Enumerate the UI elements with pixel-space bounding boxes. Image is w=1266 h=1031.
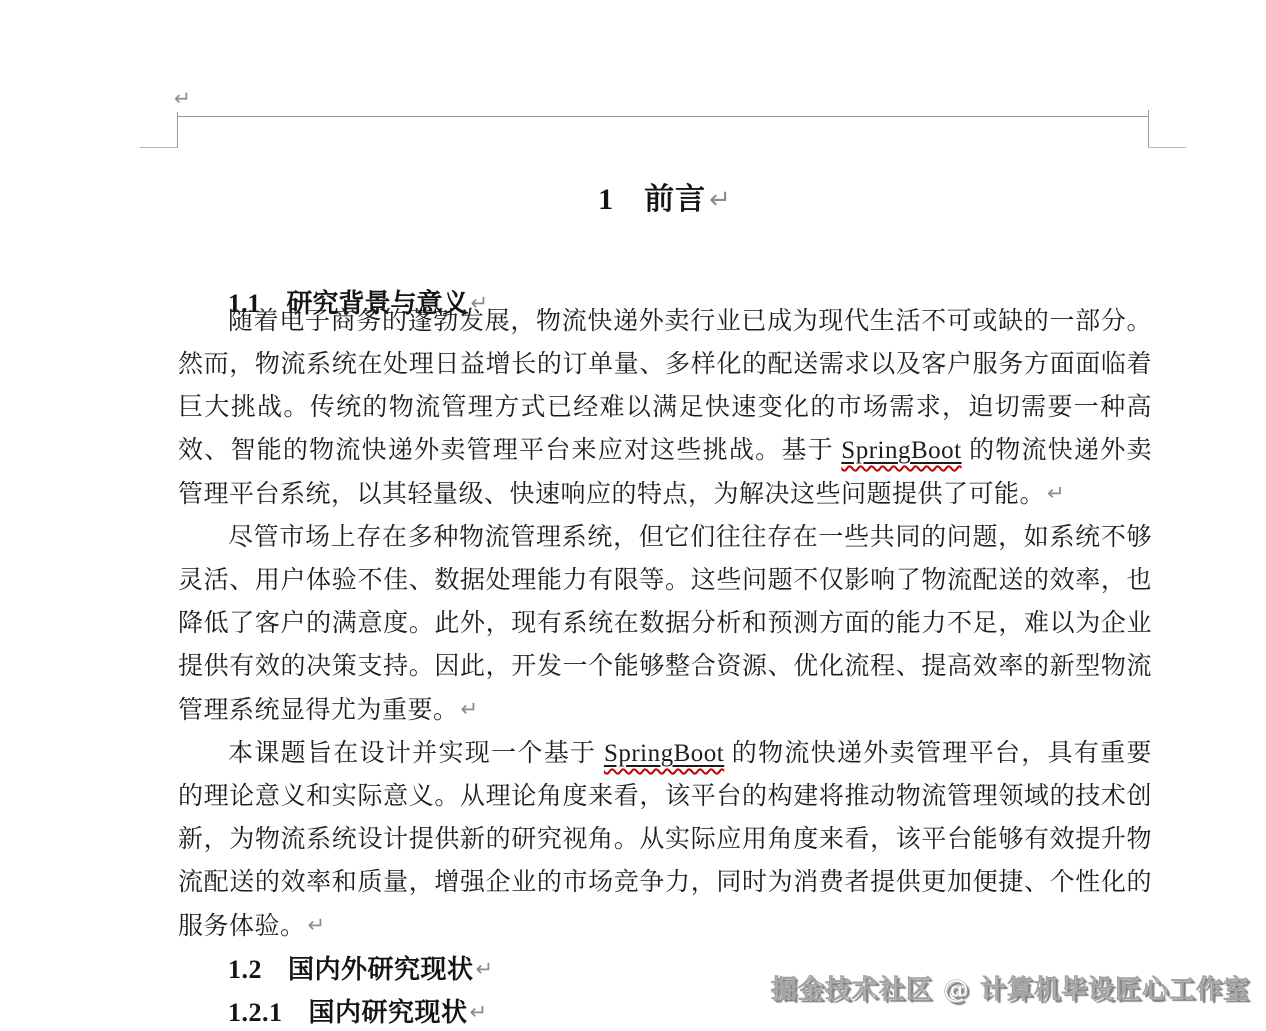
paragraph: 尽管市场上存在多种物流管理系统，但它们往往存在一些共同的问题，如系统不够灵活、用… [178,516,1152,732]
document-body: 1前言↵ 1.1研究背景与意义↵ 随着电子商务的蓬勃发展，物流快递外卖行业已成为… [178,0,1152,1031]
spellcheck-underline-text: SpringBoot [841,437,961,464]
heading-text: 国内外研究现状 [288,955,474,984]
heading-number: 1.2.1 [228,998,283,1027]
paragraph-mark-icon: ↵ [470,1000,488,1024]
paragraph-mark-icon: ↵ [1047,481,1065,505]
body-text-flow: 随着电子商务的蓬勃发展，物流快递外卖行业已成为现代生活不可或缺的一部分。然而，物… [178,300,1152,1031]
margin-tick-right [1148,147,1186,148]
spellcheck-underline-text: SpringBoot [604,740,724,767]
paragraph-mark-icon: ↵ [308,913,326,937]
paragraph-text: 随着电子商务的蓬勃发展，物流快递外卖行业已成为现代生活不可或缺的一部分。然而，物… [178,308,1152,508]
margin-tick-left [140,147,177,148]
word-document-page: { "page": { "paragraph_mark": "↵", "wate… [0,0,1266,1031]
heading-text: 国内研究现状 [309,998,468,1027]
paragraph: 随着电子商务的蓬勃发展，物流快递外卖行业已成为现代生活不可或缺的一部分。然而，物… [178,300,1152,516]
chapter-number: 1 [598,183,614,216]
term-underlined: SpringBoot [604,740,724,767]
paragraph-mark-icon: ↵ [461,697,479,721]
term-underlined: SpringBoot [841,437,961,464]
heading-number: 1.2 [228,955,262,984]
chapter-title: 1前言↵ [178,178,1152,222]
paragraph-mark-icon: ↵ [709,185,732,215]
paragraph-mark-icon: ↵ [476,957,494,981]
watermark: 掘金技术社区 @ 计算机毕设匠心工作室 [771,969,1250,1006]
text-segment: 尽管市场上存在多种物流管理系统，但它们往往存在一些共同的问题，如系统不够灵活、用… [178,524,1152,724]
text-segment: 本课题旨在设计并实现一个基于 [228,740,604,767]
chapter-title-text: 前言 [644,183,706,216]
paragraph-text: 本课题旨在设计并实现一个基于 SpringBoot 的物流快递外卖管理平台，具有… [178,740,1152,940]
paragraph: 本课题旨在设计并实现一个基于 SpringBoot 的物流快递外卖管理平台，具有… [178,732,1152,948]
text-segment: 的物流快递外卖管理平台，具有重要的理论意义和实际意义。从理论角度来看，该平台的构… [178,740,1152,940]
paragraph-text: 尽管市场上存在多种物流管理系统，但它们往往存在一些共同的问题，如系统不够灵活、用… [178,524,1152,724]
